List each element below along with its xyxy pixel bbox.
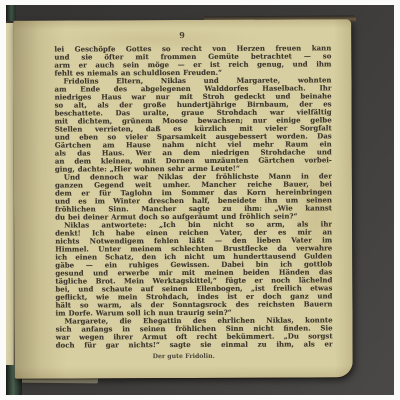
scanned-book-page: 9 lei Geschöpfe Gottes so recht von Herz…	[13, 19, 353, 378]
body-text-block: lei Geschöpfe Gottes so recht von Herzen…	[54, 44, 332, 349]
photo-backdrop: 9 lei Geschöpfe Gottes so recht von Herz…	[6, 5, 394, 395]
page-number: 9	[13, 29, 351, 40]
text-line: doch für gar nichts!“ sagte sie einmal z…	[56, 340, 333, 349]
running-footer: Der gute Fridolin.	[15, 352, 353, 360]
book-cover-edge-top	[6, 5, 16, 21]
